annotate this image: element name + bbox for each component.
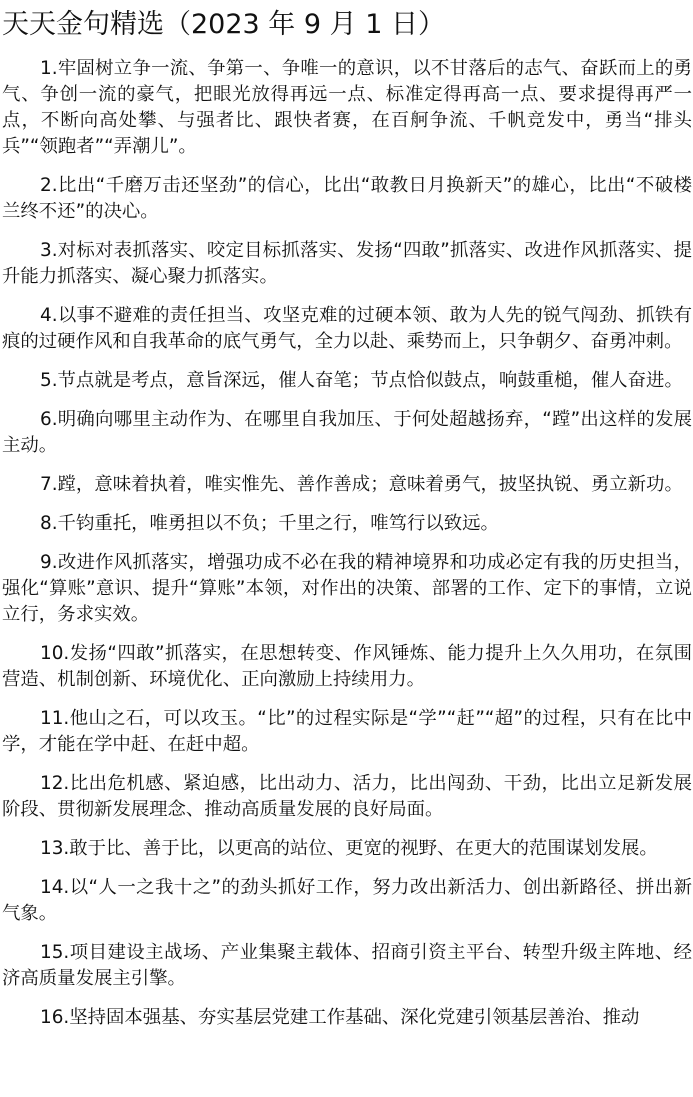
paragraph-13: 13.敢于比、善于比，以更高的站位、更宽的视野、在更大的范围谋划发展。 bbox=[2, 836, 692, 862]
paragraph-14: 14.以“人一之我十之”的劲头抓好工作，努力改出新活力、创出新路径、拼出新气象。 bbox=[2, 875, 692, 927]
paragraph-11: 11.他山之石，可以攻玉。“比”的过程实际是“学”“赶”“超”的过程，只有在比中… bbox=[2, 706, 692, 758]
paragraph-15: 15.项目建设主战场、产业集聚主载体、招商引资主平台、转型升级主阵地、经济高质量… bbox=[2, 940, 692, 992]
paragraph-2: 2.比出“千磨万击还坚劲”的信心，比出“敢教日月换新天”的雄心，比出“不破楼兰终… bbox=[2, 173, 692, 225]
paragraph-6: 6.明确向哪里主动作为、在哪里自我加压、于何处超越扬弃，“蹚”出这样的发展主动。 bbox=[2, 407, 692, 459]
paragraph-3: 3.对标对表抓落实、咬定目标抓落实、发扬“四敢”抓落实、改进作风抓落实、提升能力… bbox=[2, 238, 692, 290]
paragraph-7: 7.蹚，意味着执着，唯实惟先、善作善成；意味着勇气，披坚执锐、勇立新功。 bbox=[2, 472, 692, 498]
document: 天天金句精选（2023 年 9 月 1 日） 1.牢固树立争一流、争第一、争唯一… bbox=[0, 8, 693, 1031]
paragraph-12: 12.比出危机感、紧迫感，比出动力、活力，比出闯劲、干劲，比出立足新发展阶段、贯… bbox=[2, 771, 692, 823]
paragraph-10: 10.发扬“四敢”抓落实，在思想转变、作风锤炼、能力提升上久久用功，在氛围营造、… bbox=[2, 641, 692, 693]
paragraph-8: 8.千钧重托，唯勇担以不负；千里之行，唯笃行以致远。 bbox=[2, 511, 692, 537]
paragraph-16: 16.坚持固本强基、夯实基层党建工作基础、深化党建引领基层善治、推动 bbox=[2, 1005, 692, 1031]
paragraph-5: 5.节点就是考点，意旨深远，催人奋笔；节点恰似鼓点，响鼓重槌，催人奋进。 bbox=[2, 368, 692, 394]
document-title: 天天金句精选（2023 年 9 月 1 日） bbox=[2, 8, 693, 42]
paragraph-9: 9.改进作风抓落实，增强功成不必在我的精神境界和功成必定有我的历史担当，强化“算… bbox=[2, 550, 692, 628]
paragraph-1: 1.牢固树立争一流、争第一、争唯一的意识，以不甘落后的志气、奋跃而上的勇气、争创… bbox=[2, 56, 692, 160]
paragraph-4: 4.以事不避难的责任担当、攻坚克难的过硬本领、敢为人先的锐气闯劲、抓铁有痕的过硬… bbox=[2, 303, 692, 355]
